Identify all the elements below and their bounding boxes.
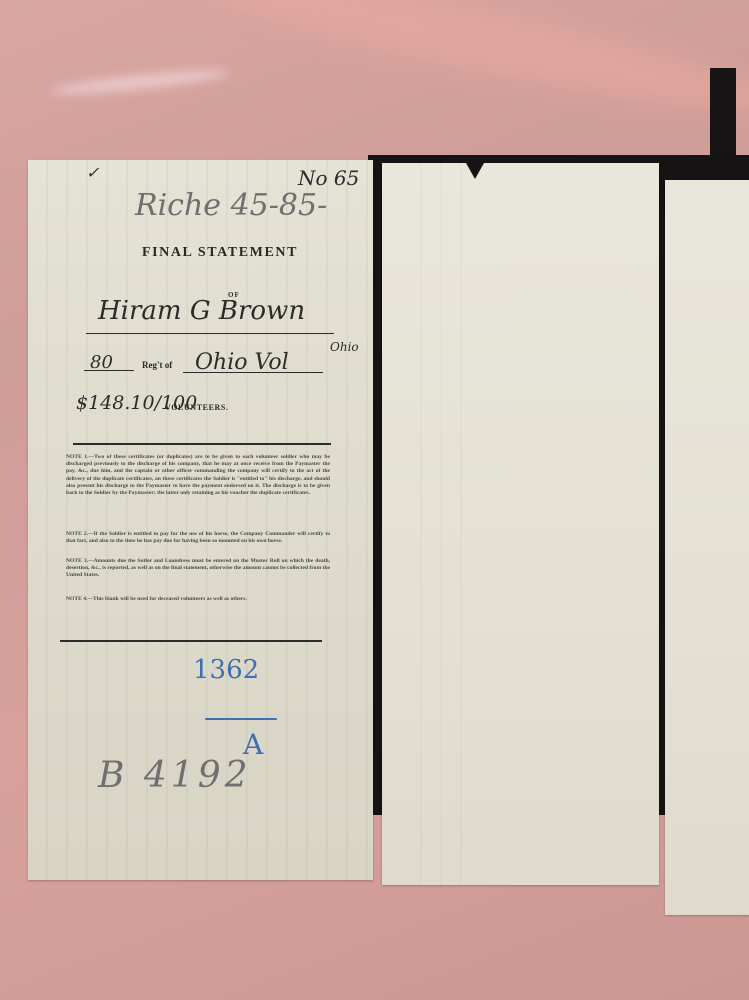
document-number: No 65 (298, 166, 359, 190)
pencil-header-note: Riche 45-85- (135, 188, 327, 223)
middle-document-sheet (382, 163, 659, 885)
note-2: NOTE 2.—If the Soldier is entitled to pa… (66, 531, 330, 545)
checkmark: ✓ (86, 163, 99, 182)
note-1: NOTE 1.—Two of these certificates (or du… (66, 454, 330, 497)
pencil-footer-number: B 4192 (98, 755, 252, 796)
soldier-name: Hiram G Brown (98, 296, 305, 326)
notes-top-rule (73, 443, 331, 445)
notes-bottom-rule (60, 640, 322, 642)
note-3: NOTE 3.—Amounts due the Sutler and Laund… (66, 558, 330, 580)
background-glare (50, 66, 230, 99)
regiment-label: Reg't of (142, 360, 172, 370)
name-underline (86, 333, 334, 334)
right-document-sheet (665, 180, 749, 915)
state-underline (183, 372, 323, 373)
torn-notch (466, 163, 484, 179)
volunteers-label: VOLUNTEERS. (165, 403, 229, 412)
bleed-through-text (402, 163, 469, 885)
blue-file-number: 1362 (193, 655, 259, 685)
marginal-note: Ohio (330, 340, 359, 354)
regiment-number-underline (84, 370, 134, 371)
blue-underline (205, 718, 277, 720)
background-light-streak (180, 0, 749, 132)
note-4: NOTE 4.—This blank will be used for dece… (66, 596, 330, 603)
page-title: FINAL STATEMENT (100, 245, 340, 261)
black-stand-post (710, 68, 736, 160)
